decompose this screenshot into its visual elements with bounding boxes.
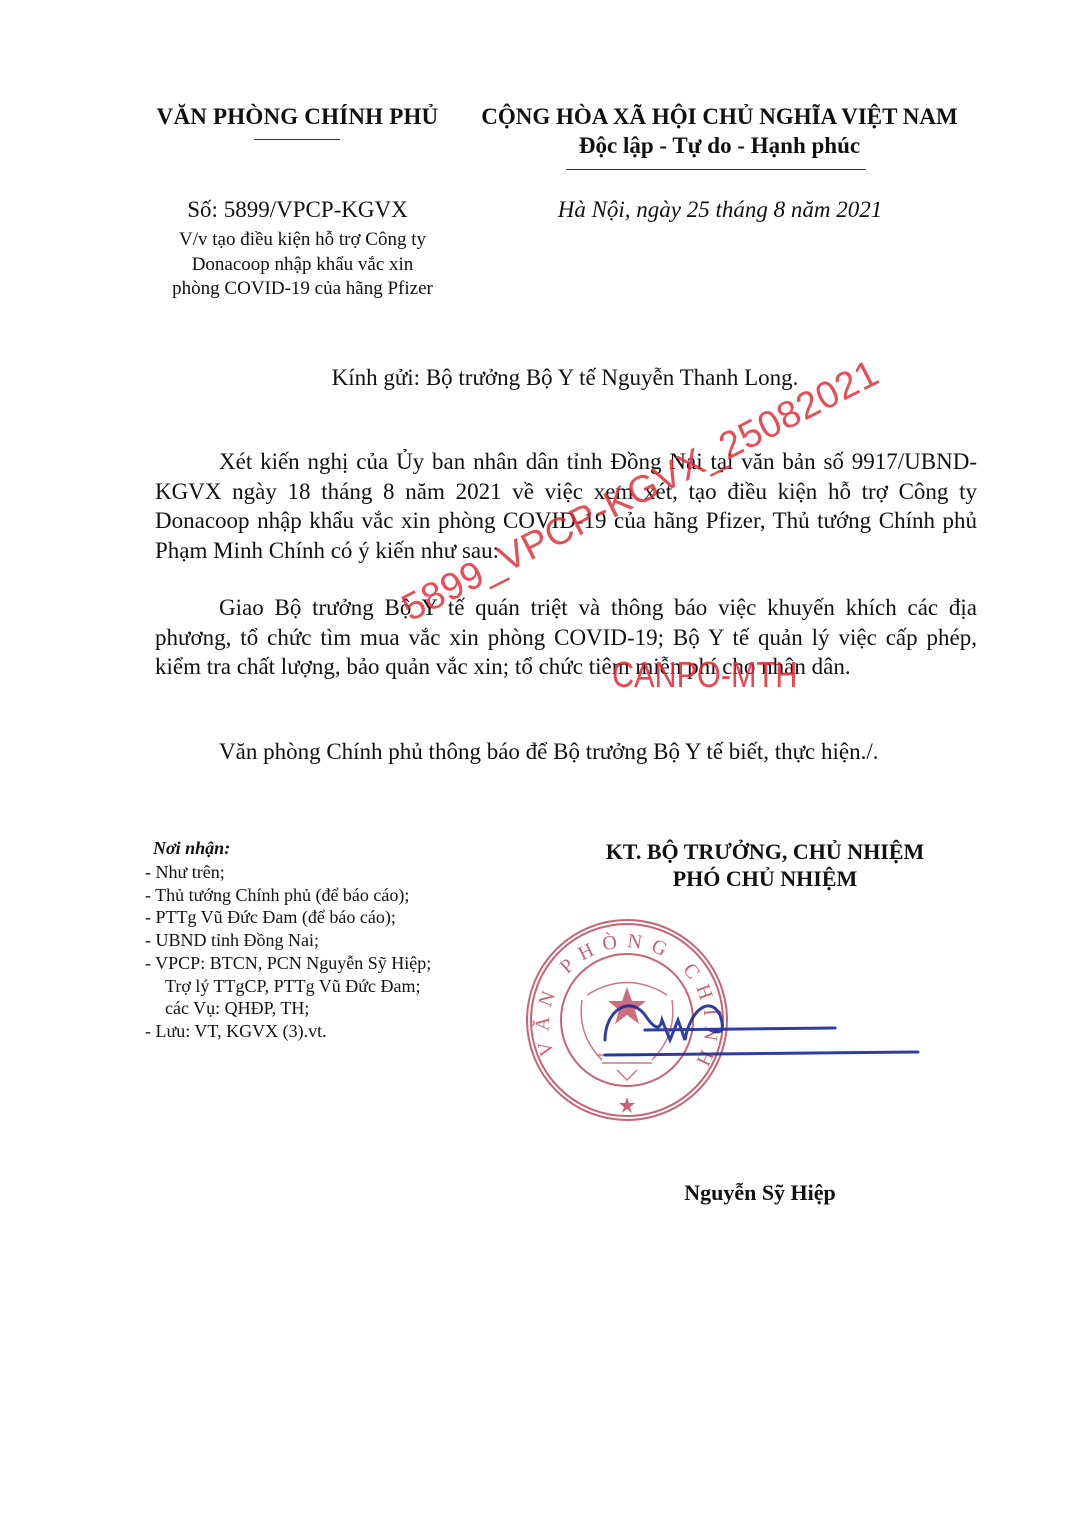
recipient-item: - UBND tỉnh Đồng Nai;: [145, 929, 431, 952]
recipient-item: - PTTg Vũ Đức Đam (để báo cáo);: [145, 906, 431, 929]
signer-name: Nguyễn Sỹ Hiệp: [600, 1180, 920, 1206]
place-and-date: Hà Nội, ngày 25 tháng 8 năm 2021: [500, 197, 940, 223]
national-motto: Độc lập - Tự do - Hạnh phúc: [462, 133, 977, 159]
recipient-item: - Như trên;: [145, 861, 431, 884]
body-paragraph: Văn phòng Chính phủ thông báo để Bộ trưở…: [155, 737, 977, 767]
handwritten-signature-icon: [600, 990, 930, 1060]
signature-title-line: KT. BỘ TRƯỞNG, CHỦ NHIỆM: [540, 838, 990, 865]
recipient-item: Trợ lý TTgCP, PTTg Vũ Đức Đam;: [145, 975, 431, 998]
recipients-heading: Nơi nhận:: [153, 838, 230, 859]
nation-title: CỘNG HÒA XÃ HỘI CHỦ NGHĨA VIỆT NAM: [462, 104, 977, 130]
document-subject: V/v tạo điều kiện hỗ trợ Công ty Donacoo…: [140, 228, 465, 302]
issuing-agency: VĂN PHÒNG CHÍNH PHỦ: [140, 104, 455, 130]
subject-line: Donacoop nhập khẩu vắc xin: [140, 253, 465, 278]
recipient-item: các Vụ: QHĐP, TH;: [145, 997, 431, 1020]
recipient-item: - Lưu: VT, KGVX (3).vt.: [145, 1020, 431, 1043]
body-paragraph: Giao Bộ trưởng Bộ Y tế quán triệt và thô…: [155, 593, 977, 682]
document-number: Số: 5899/VPCP-KGVX: [140, 197, 455, 223]
signature-title: KT. BỘ TRƯỞNG, CHỦ NHIỆM PHÓ CHỦ NHIỆM: [540, 838, 990, 892]
signature-title-line: PHÓ CHỦ NHIỆM: [540, 865, 990, 892]
recipient-item: - VPCP: BTCN, PCN Nguyễn Sỹ Hiệp;: [145, 952, 431, 975]
agency-underline: [254, 139, 340, 140]
recipients-list: - Như trên; - Thủ tướng Chính phủ (để bá…: [145, 861, 431, 1043]
recipient-item: - Thủ tướng Chính phủ (để báo cáo);: [145, 884, 431, 907]
subject-line: phòng COVID-19 của hãng Pfizer: [140, 277, 465, 302]
watermark-source: CANPO-MTH: [612, 654, 797, 696]
subject-line: V/v tạo điều kiện hỗ trợ Công ty: [140, 228, 465, 253]
motto-underline: [566, 169, 866, 170]
